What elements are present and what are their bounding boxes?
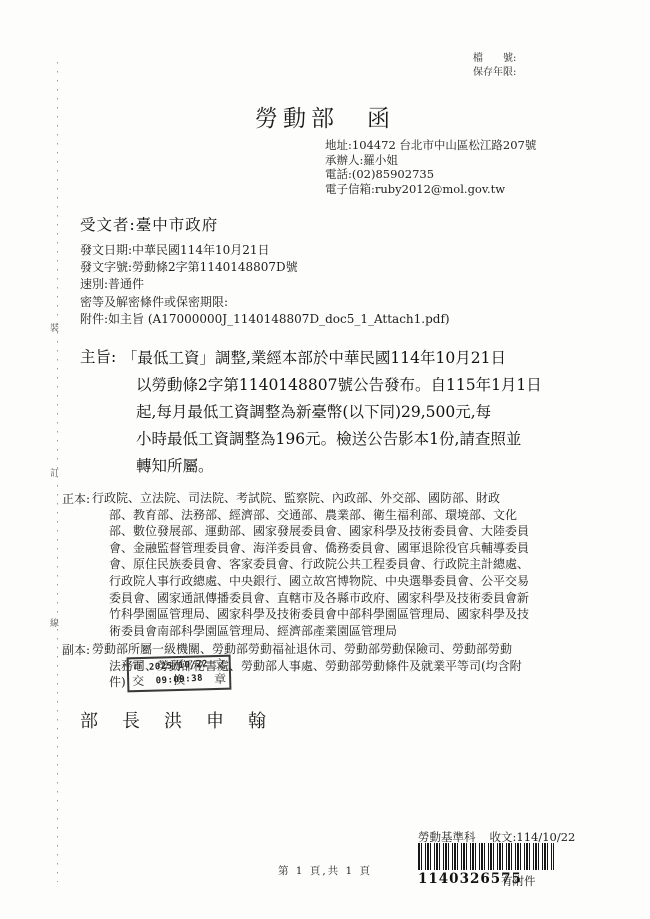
meta-speed: 速別:普通件 bbox=[80, 276, 450, 293]
copy-line: 竹科學園區管理局、國家科學及技術委員會中部科學園區管理局、國家科學及技 bbox=[92, 606, 529, 623]
scanned-official-letter: 裝 訂 線 檔 號: 保存年限: 勞動部 函 地址:104472 台北市中山區松… bbox=[0, 0, 650, 919]
document-meta: 發文日期:中華民國114年10月21日 發文字號:勞動條2字第114014880… bbox=[80, 242, 450, 328]
contact-address: 地址:104472 台北市中山區松江路207號 bbox=[325, 138, 536, 153]
page-number: 第 1 頁,共 1 頁 bbox=[0, 863, 650, 878]
subject-line: 起,每月最低工資調整為新臺幣(以下同)29,500元,每 bbox=[122, 399, 542, 426]
archive-file-number-label: 檔 號: bbox=[473, 52, 516, 66]
binding-mark-ding: 訂 bbox=[50, 470, 59, 479]
receive-date: 收文:114/10/22 bbox=[490, 830, 576, 844]
binding-mark-zhuang: 裝 bbox=[50, 325, 59, 334]
electronic-exchange-stamp: 電 子 文 交 換 章 2025/10/22 09:09:38 bbox=[127, 655, 232, 693]
meta-doc-number: 發文字號:勞動條2字第1140148807D號 bbox=[80, 259, 450, 276]
minister-signature: 部 長 洪 申 翰 bbox=[80, 707, 269, 733]
copy-line: 部、數位發展部、運動部、國家發展委員會、國家科學及技術委員會、大陸委員 bbox=[92, 523, 529, 540]
copy-line: 行政院人事行政總處、中央銀行、國立故宮博物院、中央選舉委員會、公平交易 bbox=[92, 573, 529, 590]
contact-phone: 電話:(02)85902735 bbox=[325, 167, 536, 182]
subject-line: 以勞動條2字第1140148807號公告發布。自115年1月1日 bbox=[122, 372, 542, 399]
copy-line: 術委員會南部科學園區管理局、經濟部產業園區管理局 bbox=[92, 623, 529, 640]
subject-line: 「最低工資」調整,業經本部於中華民國114年10月21日 bbox=[122, 345, 542, 372]
contact-block: 地址:104472 台北市中山區松江路207號 承辦人:羅小姐 電話:(02)8… bbox=[325, 138, 536, 196]
copy-line: 會、金融監督管理委員會、海洋委員會、僑務委員會、國軍退除役官兵輔導委員 bbox=[92, 540, 529, 557]
original-copy-list: 行政院、立法院、司法院、考試院、監察院、內政部、外交部、國防部、財政 部、教育部… bbox=[92, 490, 529, 639]
subject-line: 轉知所屬。 bbox=[122, 453, 542, 480]
archive-labels: 檔 號: 保存年限: bbox=[473, 52, 516, 80]
meta-attachment: 附件:如主旨 (A17000000J_1140148807D_doc5_1_At… bbox=[80, 311, 450, 328]
contact-email: 電子信箱:ruby2012@mol.gov.tw bbox=[325, 182, 536, 197]
binding-mark-xian: 線 bbox=[50, 620, 59, 629]
copy-line: 委員會、國家通訊傳播委員會、直轄市及各縣市政府、國家科學及技術委員會新 bbox=[92, 590, 529, 607]
recipient-line: 受文者:臺中市政府 bbox=[80, 213, 218, 235]
copy-line: 會、原住民族委員會、客家委員會、行政院公共工程委員會、行政院主計總處、 bbox=[92, 556, 529, 573]
receive-dept: 勞動基準科 bbox=[418, 830, 476, 844]
cc-line: 勞動部所屬一級機關、勞動部勞動福祉退休司、勞動部勞動保險司、勞動部勞動 bbox=[92, 641, 522, 658]
archive-retention-label: 保存年限: bbox=[473, 66, 516, 80]
cc-label: 副本: bbox=[62, 641, 90, 658]
original-copy-label: 正本: bbox=[62, 490, 90, 507]
subject-body: 「最低工資」調整,業經本部於中華民國114年10月21日 以勞動條2字第1140… bbox=[122, 345, 542, 480]
contact-person: 承辦人:羅小姐 bbox=[325, 153, 536, 168]
meta-classification: 密等及解密條件或保密期限: bbox=[80, 294, 450, 311]
meta-issue-date: 發文日期:中華民國114年10月21日 bbox=[80, 242, 450, 259]
subject-line: 小時最低工資調整為196元。檢送公告影本1份,請查照並 bbox=[122, 426, 542, 453]
copy-line: 部、教育部、法務部、經濟部、交通部、農業部、衛生福利部、環境部、文化 bbox=[92, 507, 529, 524]
copy-line: 行政院、立法院、司法院、考試院、監察院、內政部、外交部、國防部、財政 bbox=[92, 490, 529, 507]
subject-label: 主旨: bbox=[80, 345, 116, 367]
document-title: 勞動部 函 bbox=[0, 100, 650, 133]
